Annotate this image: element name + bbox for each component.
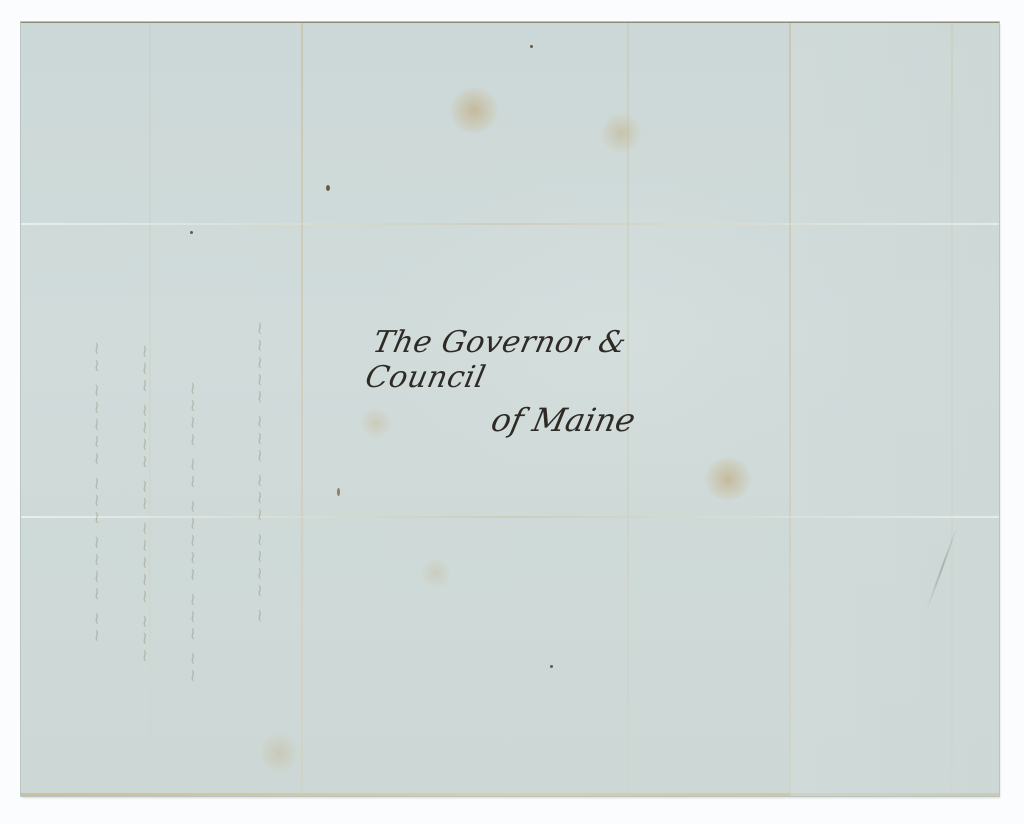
stain: [421, 558, 451, 588]
ink-speck: [337, 488, 340, 496]
right-panel: [791, 23, 999, 796]
stain: [259, 733, 299, 773]
fold-line-horizontal: [21, 223, 999, 225]
fold-line-horizontal: [21, 516, 999, 518]
fold-line-vertical: [789, 23, 791, 796]
ink-speck: [550, 665, 553, 668]
stain: [449, 88, 499, 133]
ink-speck: [190, 231, 193, 234]
address-block: The Governor & Council of Maine: [353, 325, 737, 439]
fold-line-vertical: [301, 23, 303, 796]
bleed-through-text: ~~~ ~~~~~ ~~ ~~~~ ~~~: [131, 342, 158, 663]
stain: [704, 458, 752, 500]
address-line-2: of Maine: [488, 401, 721, 439]
ink-speck: [530, 45, 533, 48]
bleed-through-text: ~~ ~~~~ ~~~ ~~~~~ ~~: [83, 339, 110, 643]
fold-line-vertical: [951, 23, 953, 796]
bleed-through-text: ~ ~~~~ ~~~ ~~~ ~~~~~: [246, 319, 273, 623]
ink-speck: [326, 185, 330, 191]
address-line-1: The Governor & Council: [362, 325, 737, 395]
stain: [601, 113, 641, 153]
bleed-through-text: ~~ ~~~ ~~~~~ ~~ ~~~~: [179, 379, 206, 683]
